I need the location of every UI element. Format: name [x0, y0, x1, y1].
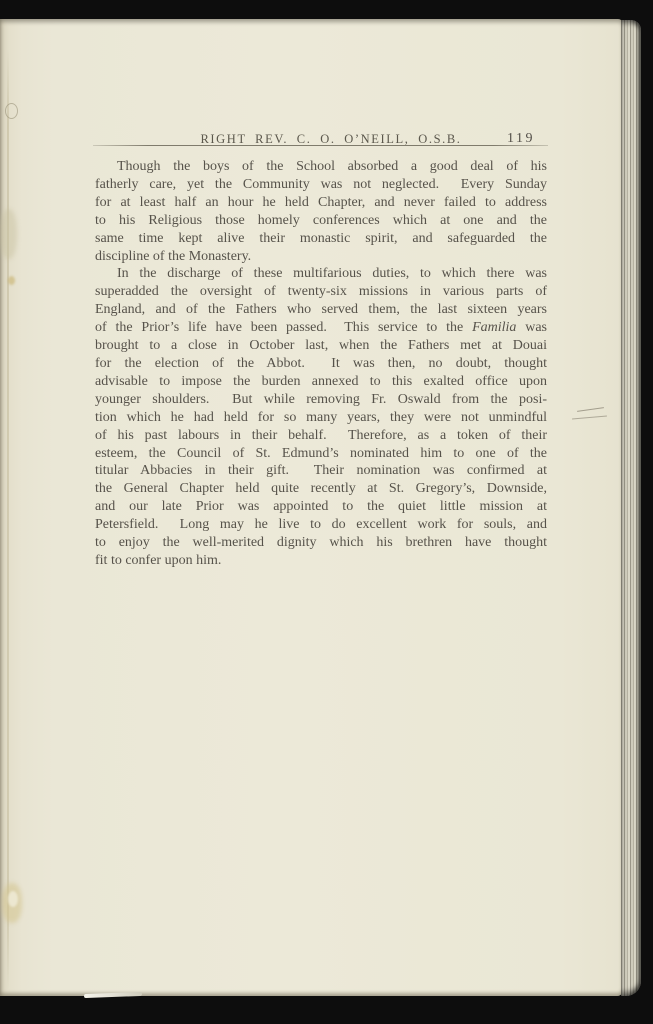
text-line: for at least half an hour he held Chapte… [95, 194, 547, 212]
text-line: of the Prior’s life have been passed. Th… [95, 319, 547, 337]
text-line: England, and of the Fathers who served t… [95, 301, 547, 319]
text-line: advisable to impose the burden annexed t… [95, 373, 547, 391]
text-line: discipline of the Monastery. [95, 248, 547, 266]
bottom-edge-stain [2, 883, 22, 923]
scratch-mark [572, 415, 607, 419]
scratch-mark [577, 407, 604, 412]
book-page: RIGHT REV. C. O. O’NEILL, O.S.B. 119 Tho… [0, 19, 623, 996]
ring-blemish [5, 103, 18, 119]
text-line: brought to a close in October last, when… [95, 337, 547, 355]
text-line: of his past labours in their behalf. The… [95, 427, 547, 445]
text-line: for the election of the Abbot. It was th… [95, 355, 547, 373]
text-line: the General Chapter held quite recently … [95, 480, 547, 498]
bottom-edge-stain-highlight [8, 891, 18, 907]
edge-stain [0, 209, 17, 259]
paragraph: In the discharge of these multifarious d… [95, 265, 547, 569]
text-line: to enjoy the well-merited dignity which … [95, 534, 547, 552]
text-line: younger shoulders. But while removing Fr… [95, 391, 547, 409]
text-line: to his Religious those homely conference… [95, 212, 547, 230]
text-line: In the discharge of these multifarious d… [95, 265, 547, 283]
text-line: superadded the oversight of twenty-six m… [95, 283, 547, 301]
text-line: fit to confer upon him. [95, 552, 547, 570]
text-line: Though the boys of the School absorbed a… [95, 158, 547, 176]
text-line: titular Abbacies in their gift. Their no… [95, 462, 547, 480]
text-line: fatherly care, yet the Community was not… [95, 176, 547, 194]
italic-text: Familia [472, 320, 516, 335]
scanned-book-photo: { "colors": { "frame": "#0d0d0d", "paper… [0, 0, 653, 1024]
text-line: esteem, the Council of St. Edmund’s nomi… [95, 445, 547, 463]
header-divider [93, 145, 548, 146]
body-text: Though the boys of the School absorbed a… [95, 158, 547, 570]
paragraph: Though the boys of the School absorbed a… [95, 158, 547, 265]
text-line: same time kept alive their monastic spir… [95, 230, 547, 248]
page-stack-edges [621, 20, 641, 996]
spot-blemish [8, 276, 15, 285]
page-header: RIGHT REV. C. O. O’NEILL, O.S.B. 119 [95, 131, 547, 151]
text-line: and our late Prior was appointed to the … [95, 498, 547, 516]
gutter-crease-mark [7, 49, 9, 989]
text-line: Petersfield. Long may he live to do exce… [95, 516, 547, 534]
text-line: tion which he had held for so many years… [95, 409, 547, 427]
